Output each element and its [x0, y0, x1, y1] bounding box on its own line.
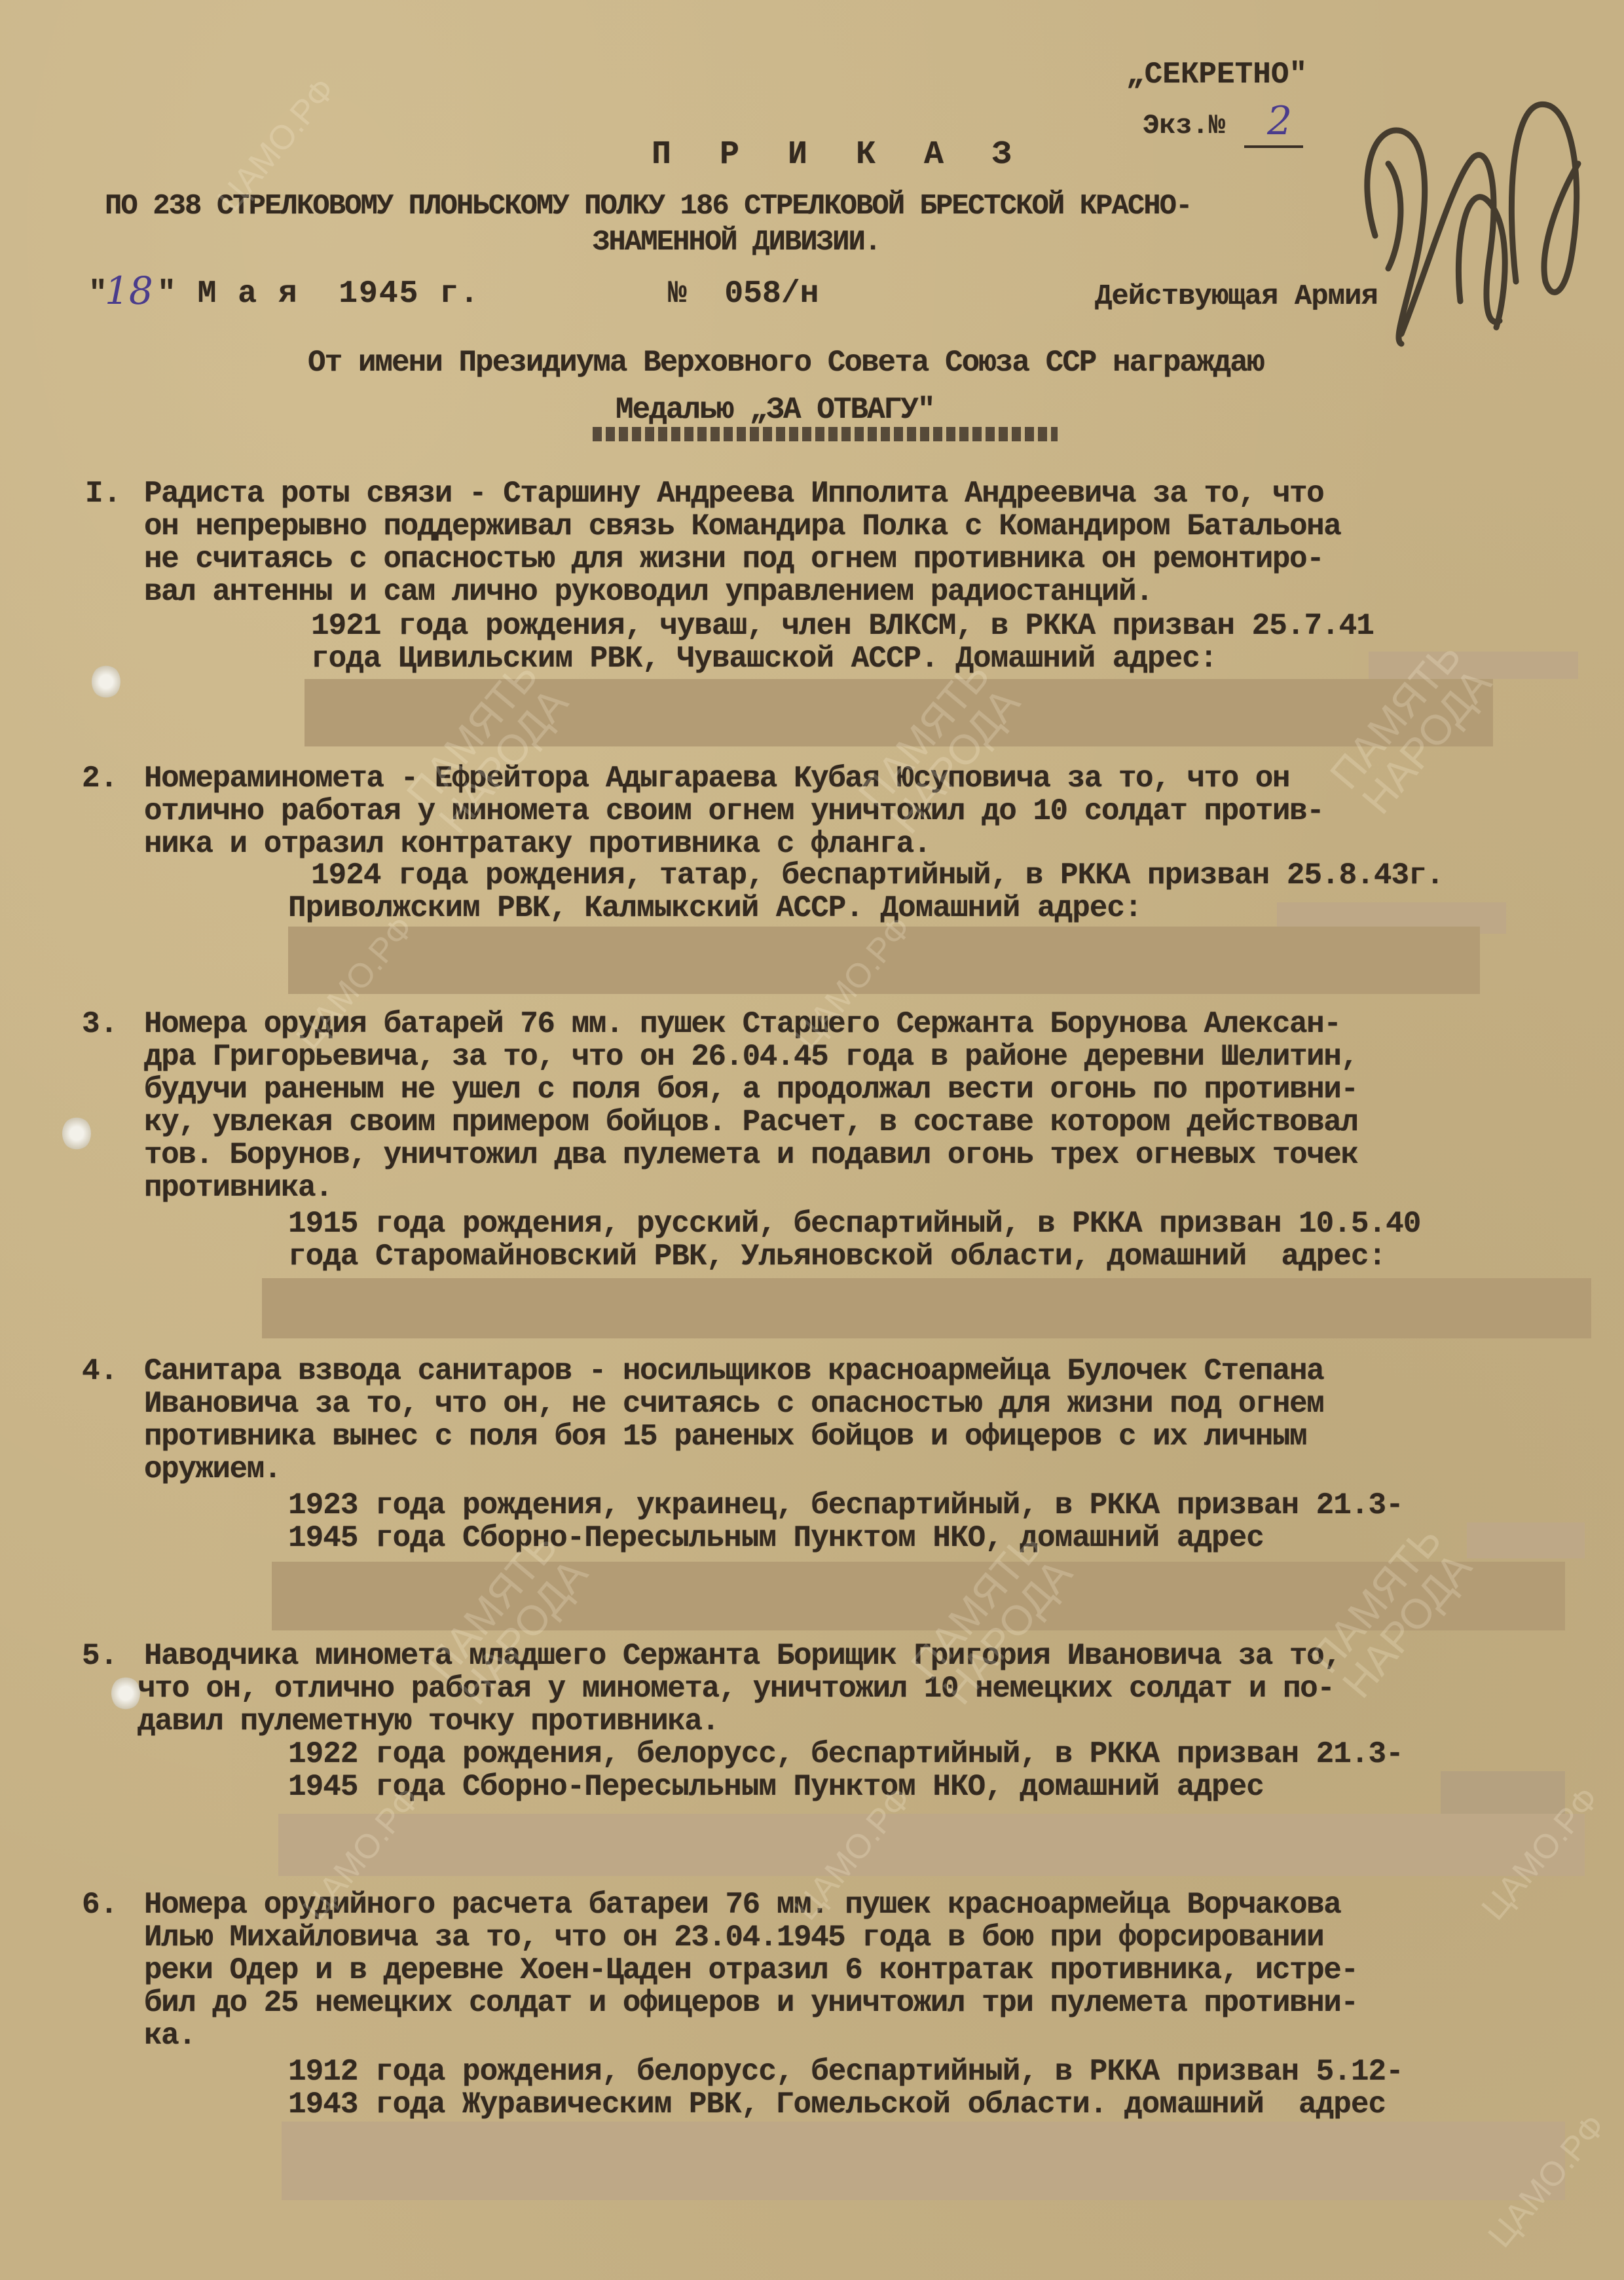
document-title: П Р И К А З: [652, 136, 1026, 174]
item-4-line-1: Санитара взвода санитаров - носильщиков …: [144, 1355, 1323, 1387]
classification-stamp: „СЕКРЕТНО": [1126, 58, 1307, 92]
copy-number-label: Экз.№: [1143, 110, 1225, 141]
redaction-box: [304, 679, 1493, 746]
item-2-line-2: отлично работая у миномета своим огнем у…: [144, 796, 1323, 827]
item-4-line-4: оружием.: [144, 1454, 281, 1485]
punch-hole: [62, 1116, 91, 1150]
item-2-bio-1: 1924 года рождения, татар, беспартийный,…: [311, 860, 1443, 891]
item-2-bio-2: Приволжским РВК, Калмыкский АССР. Домашн…: [288, 892, 1142, 924]
item-3-bio-1: 1915 года рождения, русский, беспартийны…: [288, 1208, 1420, 1240]
unit-line-1: ПО 238 СТРЕЛКОВОМУ ПЛОНЬСКОМУ ПОЛКУ 186 …: [105, 190, 1192, 223]
item-4-bio-2: 1945 года Сборно-Пересыльным Пунктом НКО…: [288, 1522, 1264, 1554]
item-4-line-2: Ивановича за то, что он, не считаясь с о…: [144, 1388, 1323, 1420]
redaction-box: [1369, 652, 1578, 679]
item-6-line-5: ка.: [144, 2020, 195, 2051]
item-1-line-3: не считаясь с опасностью для жизни под о…: [144, 543, 1323, 575]
item-number-4: 4.: [82, 1355, 118, 1387]
item-4-bio-1: 1923 года рождения, украинец, беспартийн…: [288, 1490, 1403, 1521]
item-3-bio-2: года Старомайновский РВК, Ульяновской об…: [288, 1241, 1386, 1272]
item-3-line-5: тов. Борунов, уничтожил два пулемета и п…: [144, 1139, 1357, 1171]
item-2-line-1: Номераминомета - Ефрейтора Адыгараева Ку…: [144, 763, 1289, 794]
item-6-bio-1: 1912 года рождения, белорусс, беспартийн…: [288, 2056, 1403, 2087]
item-6-line-1: Номера орудийного расчета батареи 76 мм.…: [144, 1889, 1340, 1921]
punch-hole: [92, 665, 120, 699]
redaction-box: [288, 927, 1480, 994]
item-5-bio-2: 1945 года Сборно-Пересыльным Пунктом НКО…: [288, 1771, 1264, 1803]
item-5-line-2: что он, отлично работая у миномета, унич…: [138, 1673, 1334, 1704]
item-2-line-3: ника и отразил контратаку противника с ф…: [144, 828, 931, 860]
punch-hole: [111, 1676, 140, 1710]
signature-icon: [1349, 85, 1598, 347]
item-6-line-4: бил до 25 немецких солдат и офицеров и у…: [144, 1987, 1357, 2019]
item-number-6: 6.: [82, 1889, 118, 1921]
item-1-line-1: Радиста роты связи - Старшину Андреева И…: [144, 478, 1323, 509]
copy-number-underline: [1244, 145, 1303, 148]
order-number: № 058/н: [668, 276, 819, 312]
item-1-bio-1: 1921 года рождения, чуваш, член ВЛКСМ, в…: [311, 610, 1374, 642]
item-1-bio-2: года Цивильским РВК, Чувашской АССР. Дом…: [311, 643, 1217, 674]
item-5-line-3: давил пулеметную точку противника.: [138, 1706, 719, 1737]
redaction-box: [1441, 1771, 1565, 1814]
item-number-2: 2.: [82, 763, 118, 794]
item-1-line-2: он непрерывно поддерживал связь Командир…: [144, 511, 1340, 542]
date-month-year: " М а я 1945 г.: [157, 276, 480, 312]
award-name: Медалью „ЗА ОТВАГУ": [616, 393, 934, 427]
item-6-bio-2: 1943 года Журавическим РВК, Гомельской о…: [288, 2089, 1386, 2120]
item-3-line-6: противника.: [144, 1172, 332, 1204]
award-underline: [593, 427, 1058, 441]
item-1-line-4: вал антенны и сам лично руководил управл…: [144, 576, 1153, 608]
unit-line-2: ЗНАМЕННОЙ ДИВИЗИИ.: [593, 226, 880, 259]
item-3-line-2: дра Григорьевича, за то, что он 26.04.45…: [144, 1041, 1357, 1073]
redaction-box: [272, 1562, 1565, 1630]
redaction-box: [278, 1814, 1585, 1876]
redaction-box: [262, 1278, 1591, 1338]
item-6-line-2: Илью Михайловича за то, что он 23.04.194…: [144, 1922, 1323, 1953]
item-5-line-1: Наводчика миномета младшего Сержанта Бор…: [144, 1640, 1340, 1672]
item-3-line-1: Номера орудия батарей 76 мм. пушек Старш…: [144, 1008, 1340, 1040]
date-day-handwritten: 18: [105, 268, 153, 313]
item-3-line-4: ку, увлекая своим примером бойцов. Расче…: [144, 1107, 1357, 1138]
preamble: От имени Президиума Верховного Совета Со…: [308, 346, 1263, 380]
item-number-5: 5.: [82, 1640, 118, 1672]
item-5-bio-1: 1922 года рождения, белорусс, беспартийн…: [288, 1738, 1403, 1770]
item-3-line-3: будучи раненым не ушел с поля боя, а про…: [144, 1074, 1357, 1105]
copy-number-handwritten: 2: [1267, 98, 1292, 144]
item-6-line-3: реки Одер и в деревне Хоен-Цаден отразил…: [144, 1955, 1357, 1986]
item-number-3: 3.: [82, 1008, 118, 1040]
item-number-1: I.: [85, 478, 121, 509]
location-active-army: Действующая Армия: [1095, 280, 1378, 313]
item-4-line-3: противника вынес с поля боя 15 раненых б…: [144, 1421, 1306, 1452]
redaction-box: [1467, 1522, 1585, 1558]
redaction-box: [282, 2122, 1565, 2200]
